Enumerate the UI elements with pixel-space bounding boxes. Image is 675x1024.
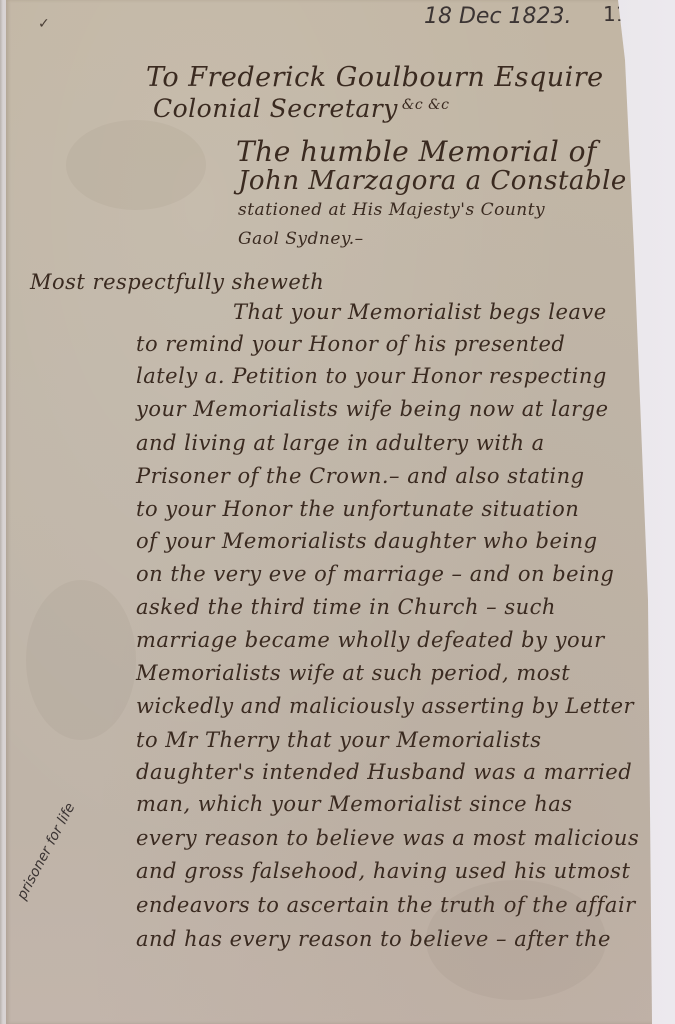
body-line: lately a. Petition to your Honor respect…: [136, 364, 607, 388]
body-line: That your Memorialist begs leave: [233, 300, 607, 324]
body-line: and gross falsehood, having used his utm…: [136, 859, 630, 883]
memorial-title: The humble Memorial of: [236, 135, 597, 168]
manuscript-page: ✓ 18 Dec 1823. 119 To Frederick Goulbour…: [6, 0, 652, 1024]
body-line: Memorialists wife at such period, most: [136, 661, 570, 685]
memorialist-station: stationed at His Majesty's County: [238, 200, 545, 220]
etcetera-mark: &c &c: [402, 97, 450, 113]
memorialist-name: John Marzagora a Constable: [238, 166, 627, 196]
address-line-recipient: To Frederick Goulbourn Esquire: [146, 62, 604, 93]
body-line: wickedly and maliciously asserting by Le…: [136, 694, 634, 718]
body-line: every reason to believe was a most malic…: [136, 826, 639, 850]
body-line: your Memorialists wife being now at larg…: [136, 397, 609, 421]
body-line: asked the third time in Church – such: [136, 595, 556, 619]
salutation: Most respectfully sheweth: [30, 270, 324, 294]
body-line: and living at large in adultery with a: [136, 431, 545, 455]
body-line: on the very eve of marriage – and on bei…: [136, 562, 614, 586]
paper-stain: [26, 580, 136, 740]
pencil-tick-mark: ✓: [38, 16, 50, 32]
body-line: to Mr Therry that your Memorialists: [136, 728, 542, 752]
body-line: of your Memorialists daughter who being: [136, 529, 598, 553]
body-line: endeavors to ascertain the truth of the …: [136, 893, 636, 917]
paper-stain: [66, 120, 206, 210]
body-line: to remind your Honor of his presented: [136, 332, 565, 356]
body-line: and has every reason to believe – after …: [136, 927, 611, 951]
address-line-office: Colonial Secretary&c &c: [153, 94, 449, 123]
body-line: man, which your Memorialist since has: [136, 792, 573, 816]
scan-background: ✓ 18 Dec 1823. 119 To Frederick Goulbour…: [0, 0, 675, 1024]
body-line: daughter's intended Husband was a marrie…: [136, 760, 632, 784]
memorialist-location: Gaol Sydney.–: [238, 229, 364, 249]
margin-note: prisoner for life: [14, 800, 78, 902]
folio-number: 119: [603, 2, 641, 26]
recipient-office: Colonial Secretary: [153, 94, 398, 123]
body-line: to your Honor the unfortunate situation: [136, 497, 579, 521]
body-line: Prisoner of the Crown.– and also stating: [136, 464, 585, 488]
body-line: marriage became wholly defeated by your: [136, 628, 605, 652]
archival-date-note: 18 Dec 1823.: [424, 4, 572, 29]
